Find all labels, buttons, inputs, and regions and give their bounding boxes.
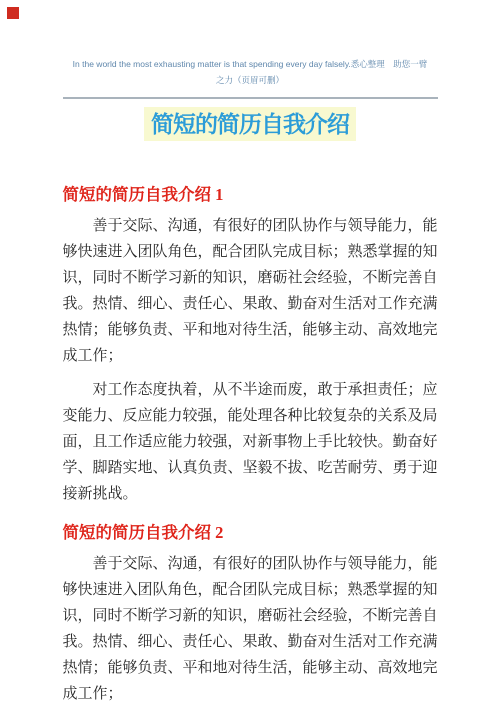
title-row: 简短的简历自我介绍 xyxy=(0,107,500,141)
page-header-note: In the world the most exhausting matter … xyxy=(72,0,428,88)
section-heading-2: 简短的简历自我介绍 2 xyxy=(63,523,438,543)
paragraph: 善于交际、沟通，有很好的团队协作与领导能力，能够快速进入团队角色，配合团队完成目… xyxy=(63,551,438,707)
red-square-marker xyxy=(7,7,19,19)
section-heading-1: 简短的简历自我介绍 1 xyxy=(63,185,438,205)
document-title: 简短的简历自我介绍 xyxy=(144,107,356,141)
document-body: 简短的简历自我介绍 1 善于交际、沟通，有很好的团队协作与领导能力，能够快速进入… xyxy=(63,185,438,707)
paragraph: 善于交际、沟通，有很好的团队协作与领导能力，能够快速进入团队角色，配合团队完成目… xyxy=(63,213,438,369)
paragraph: 对工作态度执着，从不半途而废，敢于承担责任；应变能力、反应能力较强，能处理各种比… xyxy=(63,377,438,507)
document-page: In the world the most exhausting matter … xyxy=(0,0,500,708)
header-divider xyxy=(63,97,438,99)
